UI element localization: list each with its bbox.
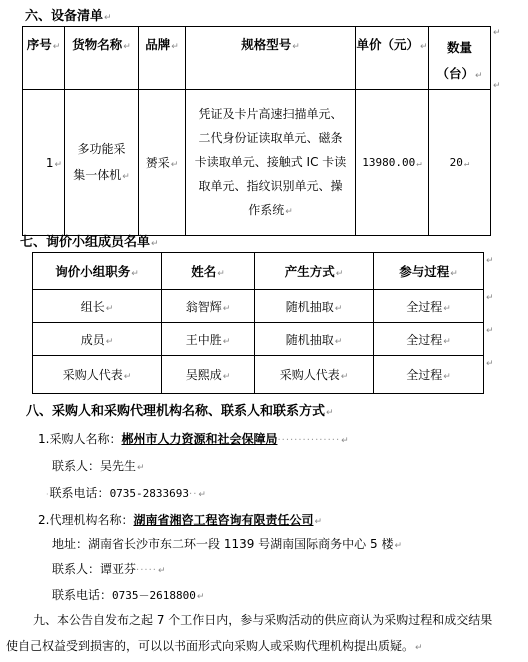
purchaser-phone: 0735-2833693 [110, 487, 189, 500]
agency-address: 湖南省长沙市东二环一段 1139 号湖南国际商务中心 5 楼 [88, 537, 393, 551]
row-end-mark: ↵ [486, 359, 494, 369]
cell-name: 吴熙成↵ [162, 356, 255, 394]
purchaser-name-label: 1.采购人名称： [38, 432, 121, 446]
cell-spec: 凭证及卡片高速扫描单元、 二代身份证读取单元、磁条 卡读取单元、接触式 IC 卡… [186, 90, 356, 236]
section-9-line-2: 使自己权益受到损害的，可以以书面形式向采购人或采购代理机构提出质疑。↵ [6, 637, 423, 654]
cell-selection-method: 采购人代表↵ [255, 356, 374, 394]
cell-participation: 全过程↵ [374, 356, 484, 394]
equipment-table-header: 序号↵ 货物名称↵ 品牌↵ 规格型号↵ 单价（元）↵ 数量（台）↵ [23, 27, 491, 90]
agency-contact-line: 联系人：谭亚芬·····↵ [52, 560, 165, 577]
cell-goods-name: 多功能采集一体机↵ [65, 90, 139, 236]
agency-phone: 0735－2618800 [112, 589, 196, 602]
section-9-line-1: 九、本公告自发布之起 7 个工作日内，参与采购活动的供应商认为采购过程和成交结果 [33, 611, 492, 628]
agency-contact: 谭亚芬 [100, 562, 136, 576]
paragraph-mark: ↵ [104, 13, 112, 23]
header-quantity: 数量（台）↵ [429, 27, 491, 90]
purchaser-name: 郴州市人力资源和社会保障局 [121, 432, 277, 446]
header-participation: 参与过程↵ [374, 253, 484, 290]
cell-unit-price: 13980.00↵ [356, 90, 429, 236]
header-spec: 规格型号↵ [186, 27, 356, 90]
header-role: 询价小组职务↵ [33, 253, 162, 290]
header-name: 姓名↵ [162, 253, 255, 290]
cell-participation: 全过程↵ [374, 323, 484, 356]
cell-name: 王中胜↵ [162, 323, 255, 356]
row-end-mark: ↵ [493, 81, 501, 91]
section-6-title-text: 六、设备清单 [25, 9, 103, 24]
header-goods-name: 货物名称↵ [65, 27, 139, 90]
panel-table-header: 询价小组职务↵ 姓名↵ 产生方式↵ 参与过程↵ [33, 253, 484, 290]
agency-contact-label: 联系人： [52, 562, 100, 576]
purchaser-phone-label: 联系电话： [50, 486, 110, 500]
purchaser-contact-label: 联系人： [52, 459, 100, 473]
agency-address-line: 地址：湖南省长沙市东二环一段 1139 号湖南国际商务中心 5 楼↵ [52, 535, 402, 552]
header-selection-method: 产生方式↵ [255, 253, 374, 290]
row-end-mark: ↵ [486, 293, 494, 303]
table-row: 成员↵ 王中胜↵ 随机抽取↵ 全过程↵ [33, 323, 484, 356]
panel-members-table: 询价小组职务↵ 姓名↵ 产生方式↵ 参与过程↵ 组长↵ 翁智辉↵ 随机抽取↵ 全… [32, 252, 484, 394]
agency-name: 湖南省湘咨工程咨询有限责任公司 [133, 513, 313, 527]
row-end-mark: ↵ [493, 28, 501, 38]
cell-participation: 全过程↵ [374, 290, 484, 323]
header-brand: 品牌↵ [139, 27, 186, 90]
row-end-mark: ↵ [486, 256, 494, 266]
cell-brand: 赟采↵ [139, 90, 186, 236]
cell-index: 1↵ [23, 90, 65, 236]
table-row: 组长↵ 翁智辉↵ 随机抽取↵ 全过程↵ [33, 290, 484, 323]
cell-role: 采购人代表↵ [33, 356, 162, 394]
agency-name-line: 2.代理机构名称：湖南省湘咨工程咨询有限责任公司↵ [38, 511, 322, 528]
table-row: 1↵ 多功能采集一体机↵ 赟采↵ 凭证及卡片高速扫描单元、 二代身份证读取单元、… [23, 90, 491, 236]
cell-selection-method: 随机抽取↵ [255, 323, 374, 356]
cell-quantity: 20↵ [429, 90, 491, 236]
table-row: 采购人代表↵ 吴熙成↵ 采购人代表↵ 全过程↵ [33, 356, 484, 394]
purchaser-contact-line: 联系人：吴先生↵ [52, 457, 145, 474]
purchaser-name-line: 1.采购人名称：郴州市人力资源和社会保障局···············↵ [38, 430, 349, 447]
agency-phone-label: 联系电话： [52, 588, 112, 602]
agency-phone-line: 联系电话：0735－2618800↵ [52, 586, 204, 603]
header-index: 序号↵ [23, 27, 65, 90]
agency-address-label: 地址： [52, 537, 88, 551]
cell-name: 翁智辉↵ [162, 290, 255, 323]
header-unit-price: 单价（元）↵ [356, 27, 429, 90]
purchaser-contact: 吴先生 [100, 459, 136, 473]
section-6-title: 六、设备清单↵ [25, 5, 112, 24]
cell-selection-method: 随机抽取↵ [255, 290, 374, 323]
section-7-title: 七、询价小组成员名单↵ [20, 231, 159, 250]
row-end-mark: ↵ [486, 326, 494, 336]
section-8-title: 八、采购人和采购代理机构名称、联系人和联系方式↵ [26, 400, 334, 419]
purchaser-phone-line: ·联系电话：0735-2833693··↵ [46, 484, 206, 501]
equipment-table: 序号↵ 货物名称↵ 品牌↵ 规格型号↵ 单价（元）↵ 数量（台）↵ 1↵ 多功能… [22, 26, 491, 236]
agency-name-label: 2.代理机构名称： [38, 513, 133, 527]
cell-role: 成员↵ [33, 323, 162, 356]
cell-role: 组长↵ [33, 290, 162, 323]
